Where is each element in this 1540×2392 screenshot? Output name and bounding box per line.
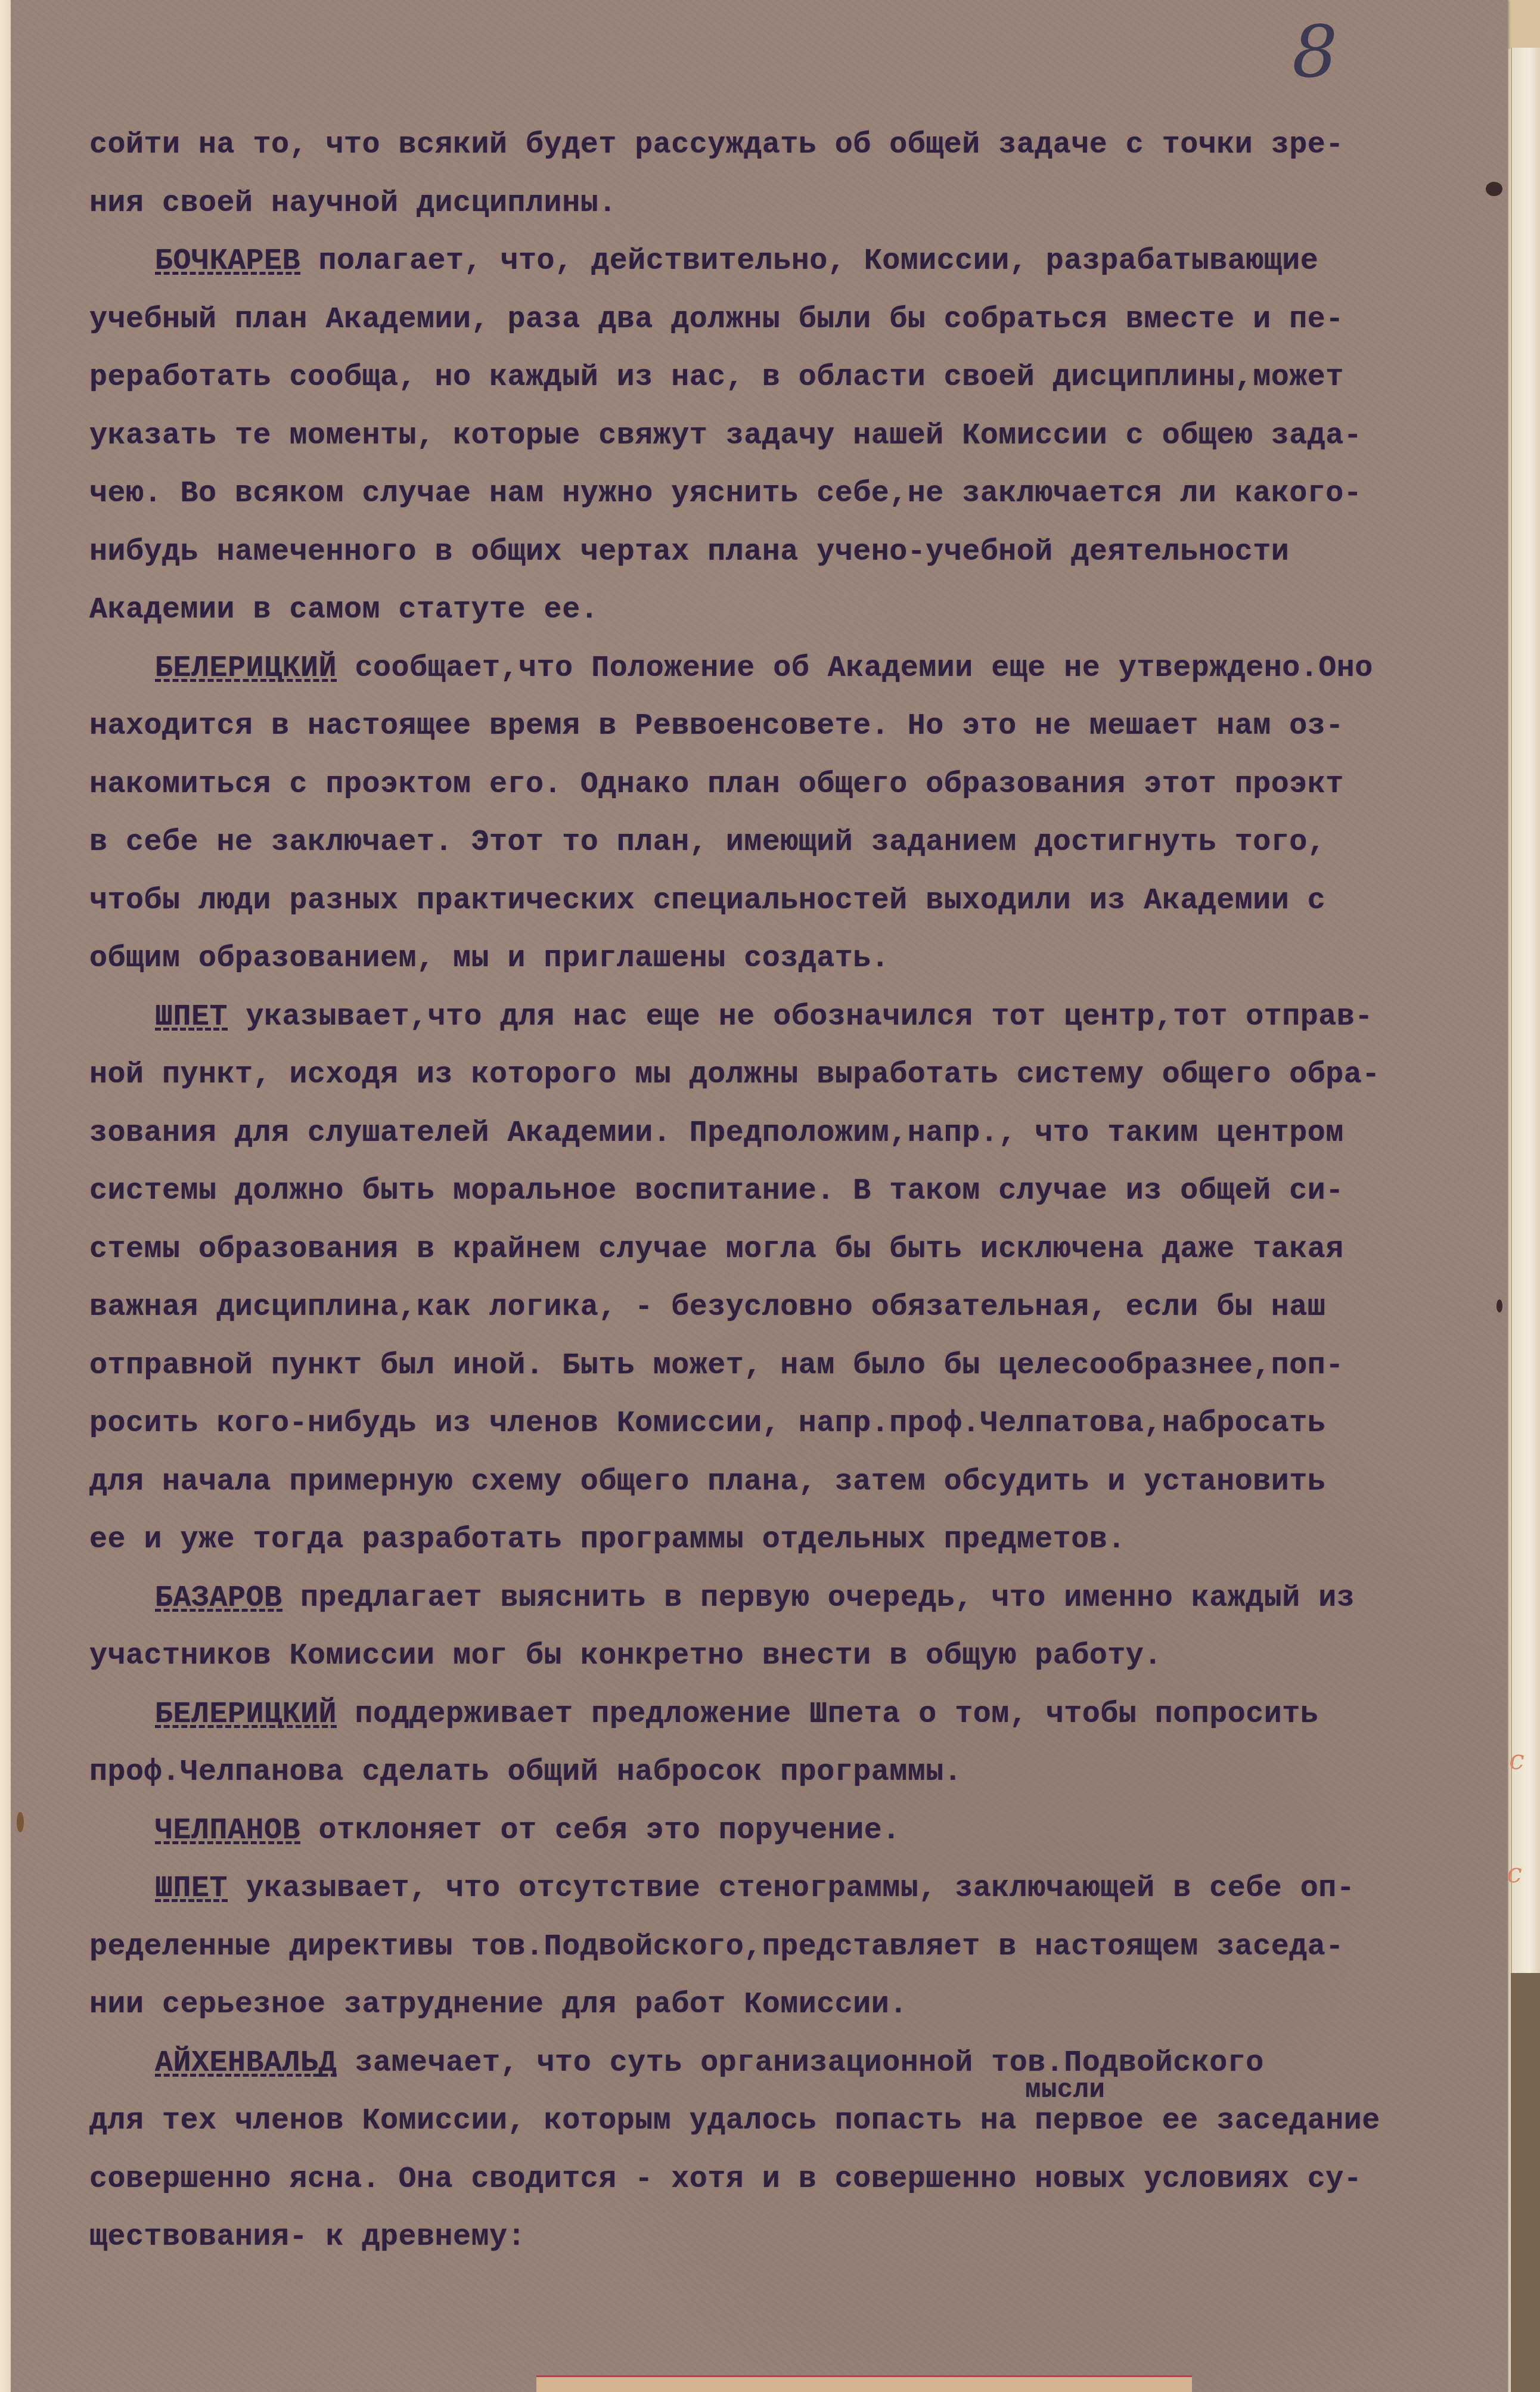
text-line: чею. Во всяком случае нам нужно уяснить … [89,465,1478,523]
text-line: ния своей научной дисциплины. [89,175,1478,233]
speaker-name: БЕЛЕРИЦКИЙ [155,1686,337,1744]
text-line: указать те моменты, которые свяжут задач… [89,407,1478,466]
speaker-underline [155,2074,337,2077]
text-line: находится в настоящее время в Реввоенсов… [89,697,1478,756]
text-line: нибудь намеченного в общих чертах плана … [89,523,1478,582]
text-line: важная дисциплина,как логика, - безуслов… [89,1279,1478,1337]
text-line: совершенно ясна. Она сводится - хотя и в… [89,2151,1478,2209]
folder-tab-top [1508,0,1540,49]
text-line: в себе не заключает. Этот то план, имеющ… [89,814,1478,872]
text-line: системы должно быть моральное воспитание… [89,1162,1478,1221]
text-line: ной пункт, исходя из которого мы должны … [89,1046,1478,1105]
text-line: участников Комиссии мог бы конкретно вне… [89,1627,1478,1686]
pencil-margin-mark: c [1507,1857,1522,1889]
text-line: зования для слушателей Академии. Предпол… [89,1105,1478,1163]
right-backing-shadow [1511,1973,1540,2392]
speaker-name: АЙХЕНВАЛЬД [155,2034,337,2093]
speaker-line: БОЧКАРЕВ полагает, что, действительно, К… [89,232,1478,291]
text-line: для начала примерную схему общего плана,… [89,1453,1478,1512]
speaker-statement: поддерживает предложение Шпета о том, чт… [337,1698,1318,1732]
speaker-underline [155,272,300,275]
text-line: росить кого-нибудь из членов Комиссии, н… [89,1395,1478,1453]
ink-dot-mark [1496,1299,1502,1313]
speaker-name: ШПЕТ [155,1860,228,1918]
speaker-name: БАЗАРОВ [155,1569,282,1628]
speaker-statement: полагает, что, действительно, Комиссии, … [300,244,1318,278]
text-line: проф.Челпанова сделать общий набросок пр… [89,1743,1478,1802]
typewritten-text-body: сойти на то, что всякий будет рассуждать… [89,116,1478,2267]
stain-mark [17,1812,24,1832]
text-line: стемы образования в крайнем случае могла… [89,1221,1478,1279]
text-line: отправной пункт был иной. Быть может, на… [89,1337,1478,1395]
speaker-underline [155,1028,228,1031]
speaker-name: БЕЛЕРИЦКИЙ [155,640,337,698]
text-line: сойти на то, что всякий будет рассуждать… [89,116,1478,175]
speaker-line: БЕЛЕРИЦКИЙ сообщает,что Положение об Ака… [89,640,1478,698]
text-line: реработать сообща, но каждый из нас, в о… [89,349,1478,407]
text-line: Академии в самом статуте ее. [89,581,1478,640]
speaker-line: АЙХЕНВАЛЬД замечает, что суть организаци… [89,2034,1478,2093]
speaker-line: ЧЕЛПАНОВ отклоняет от себя это поручение… [89,1802,1478,1860]
speaker-statement: предлагает выяснить в первую очередь, чт… [282,1581,1355,1615]
speaker-name: ШПЕТ [155,988,228,1047]
speaker-underline [155,679,337,682]
speaker-underline [155,1725,337,1728]
speaker-line: ШПЕТ указывает,что для нас еще не обозна… [89,988,1478,1047]
speaker-statement: замечает, что суть организационной тов.П… [337,2046,1264,2080]
speaker-line: БАЗАРОВ предлагает выяснить в первую оче… [89,1569,1478,1628]
speaker-statement: указывает, что отсутствие стенограммы, з… [228,1872,1355,1906]
speaker-underline [155,1841,300,1844]
text-line: чтобы люди разных практических специальн… [89,872,1478,930]
pencil-margin-mark: c [1509,1743,1525,1776]
speaker-name: БОЧКАРЕВ [155,232,300,291]
speaker-line: БЕЛЕРИЦКИЙ поддерживает предложение Шпет… [89,1686,1478,1744]
speaker-statement: указывает,что для нас еще не обозначился… [228,1000,1373,1034]
speaker-statement: сообщает,что Положение об Академии еще н… [337,651,1373,685]
speaker-name: ЧЕЛПАНОВ [155,1802,300,1860]
text-line: ределенные директивы тов.Подвойского,пре… [89,1918,1478,1977]
bottom-paper-tab [536,2375,1192,2392]
text-line: ее и уже тогда разработать программы отд… [89,1511,1478,1569]
text-line: для тех членов Комиссии, которым удалось… [89,2092,1478,2151]
ink-dot-mark [1486,182,1502,196]
text-line: накомиться с проэктом его. Однако план о… [89,756,1478,814]
speaker-underline [155,1609,282,1612]
speaker-line: ШПЕТ указывает, что отсутствие стенограм… [89,1860,1478,1918]
handwritten-page-number: 8 [1292,11,1337,94]
text-line: общим образованием, мы и приглашены созд… [89,930,1478,988]
text-line: ществования- к древнему: [89,2208,1478,2267]
text-line: учебный план Академии, раза два должны б… [89,291,1478,349]
speaker-statement: отклоняет от себя это поручение. [300,1814,901,1848]
speaker-underline [155,1899,228,1902]
text-line: нии серьезное затруднение для работ Коми… [89,1976,1478,2034]
